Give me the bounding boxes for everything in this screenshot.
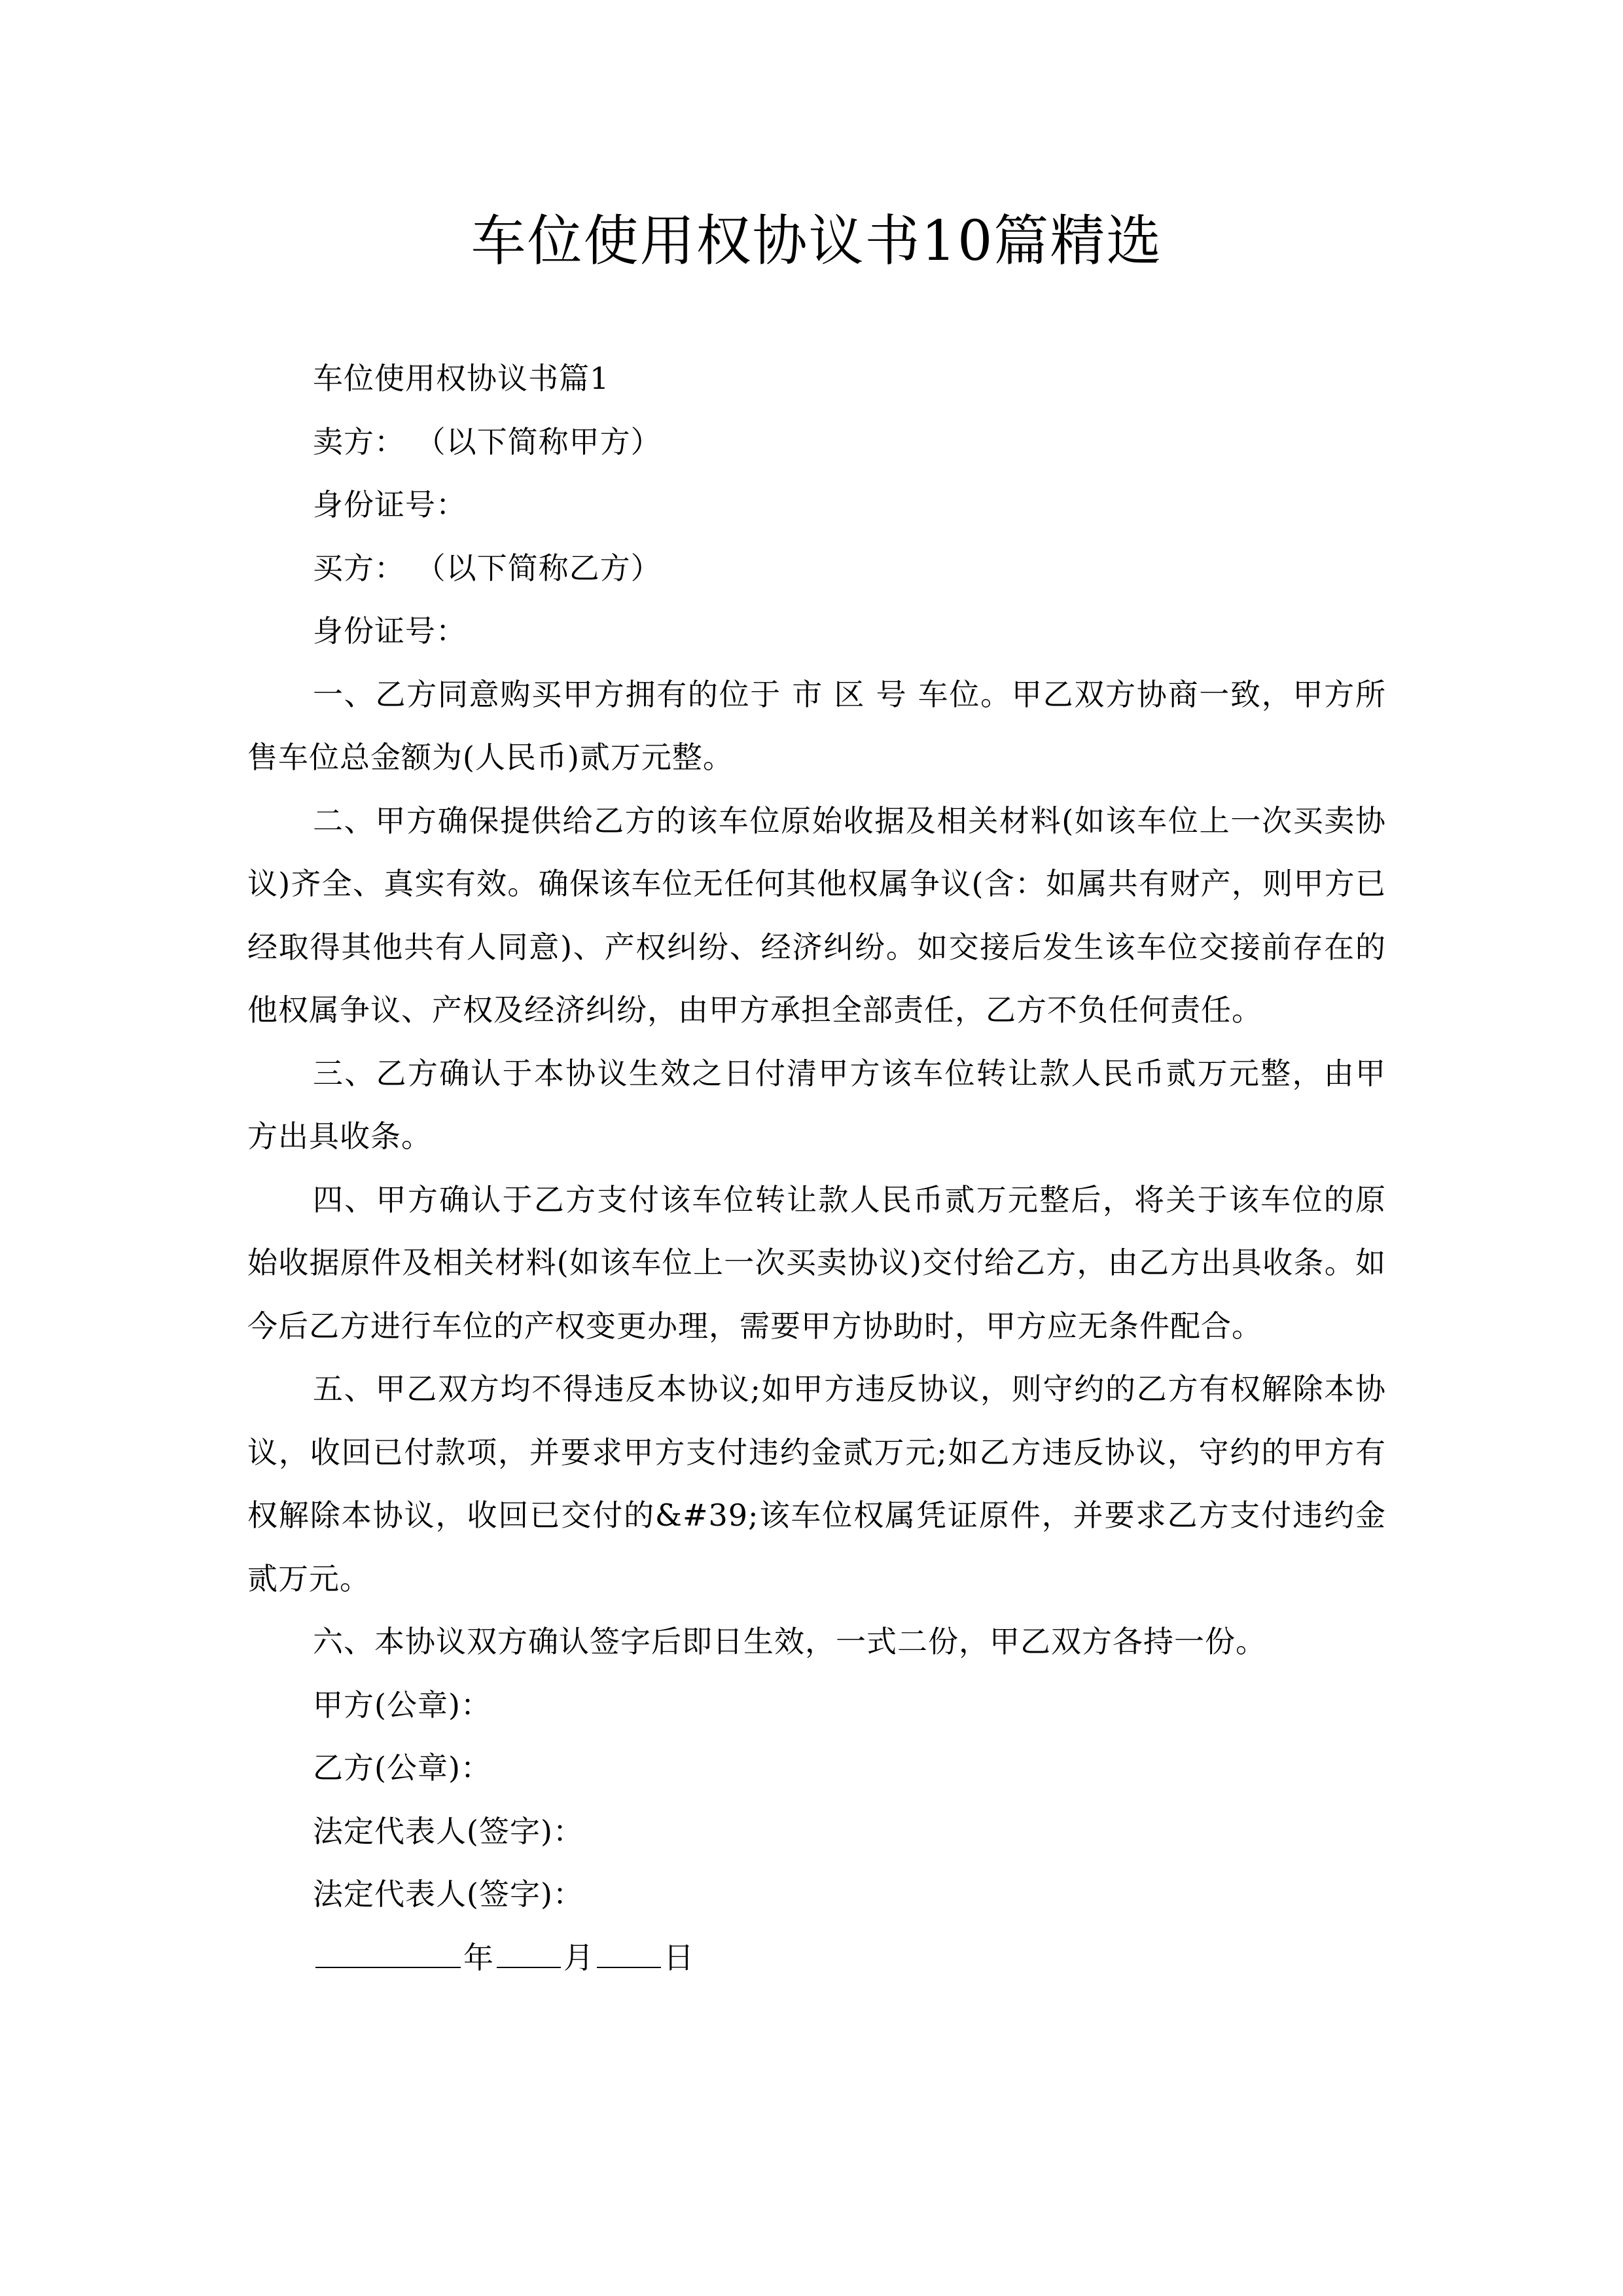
day-blank [597, 1937, 661, 1968]
day-label: 日 [664, 1940, 694, 1975]
clause-6: 六、本协议双方确认签字后即日生效，一式二份，甲乙双方各持一份。 [247, 1610, 1386, 1674]
document-body: 车位使用权协议书篇1 卖方： （以下简称甲方） 身份证号： 买方： （以下简称乙… [247, 347, 1386, 1989]
month-blank [497, 1937, 561, 1968]
buyer-id-line: 身份证号： [247, 600, 1386, 663]
clause-4: 四、甲方确认于乙方支付该车位转让款人民币贰万元整后，将关于该车位的原始收据原件及… [247, 1168, 1386, 1358]
year-label: 年 [463, 1940, 494, 1975]
party-b-seal-line: 乙方(公章)： [247, 1736, 1386, 1800]
year-blank [315, 1937, 461, 1968]
buyer-line: 买方： （以下简称乙方） [247, 537, 1386, 600]
seller-line: 卖方： （以下简称甲方） [247, 410, 1386, 474]
clause-3: 三、乙方确认于本协议生效之日付清甲方该车位转让款人民币贰万元整，由甲方出具收条。 [247, 1042, 1386, 1168]
date-line: 年月日 [247, 1926, 1386, 1990]
clause-1: 一、乙方同意购买甲方拥有的位于 市 区 号 车位。甲乙双方协商一致，甲方所售车位… [247, 663, 1386, 789]
month-label: 月 [563, 1940, 594, 1975]
clause-2: 二、甲方确保提供给乙方的该车位原始收据及相关材料(如该车位上一次买卖协议)齐全、… [247, 789, 1386, 1042]
section-heading: 车位使用权协议书篇1 [247, 347, 1386, 410]
legal-rep-signature-line-1: 法定代表人(签字)： [247, 1800, 1386, 1863]
document-title: 车位使用权协议书10篇精选 [247, 208, 1386, 274]
seller-id-line: 身份证号： [247, 473, 1386, 537]
party-a-seal-line: 甲方(公章)： [247, 1674, 1386, 1737]
legal-rep-signature-line-2: 法定代表人(签字)： [247, 1863, 1386, 1926]
clause-5: 五、甲乙双方均不得违反本协议;如甲方违反协议，则守约的乙方有权解除本协议，收回已… [247, 1357, 1386, 1610]
